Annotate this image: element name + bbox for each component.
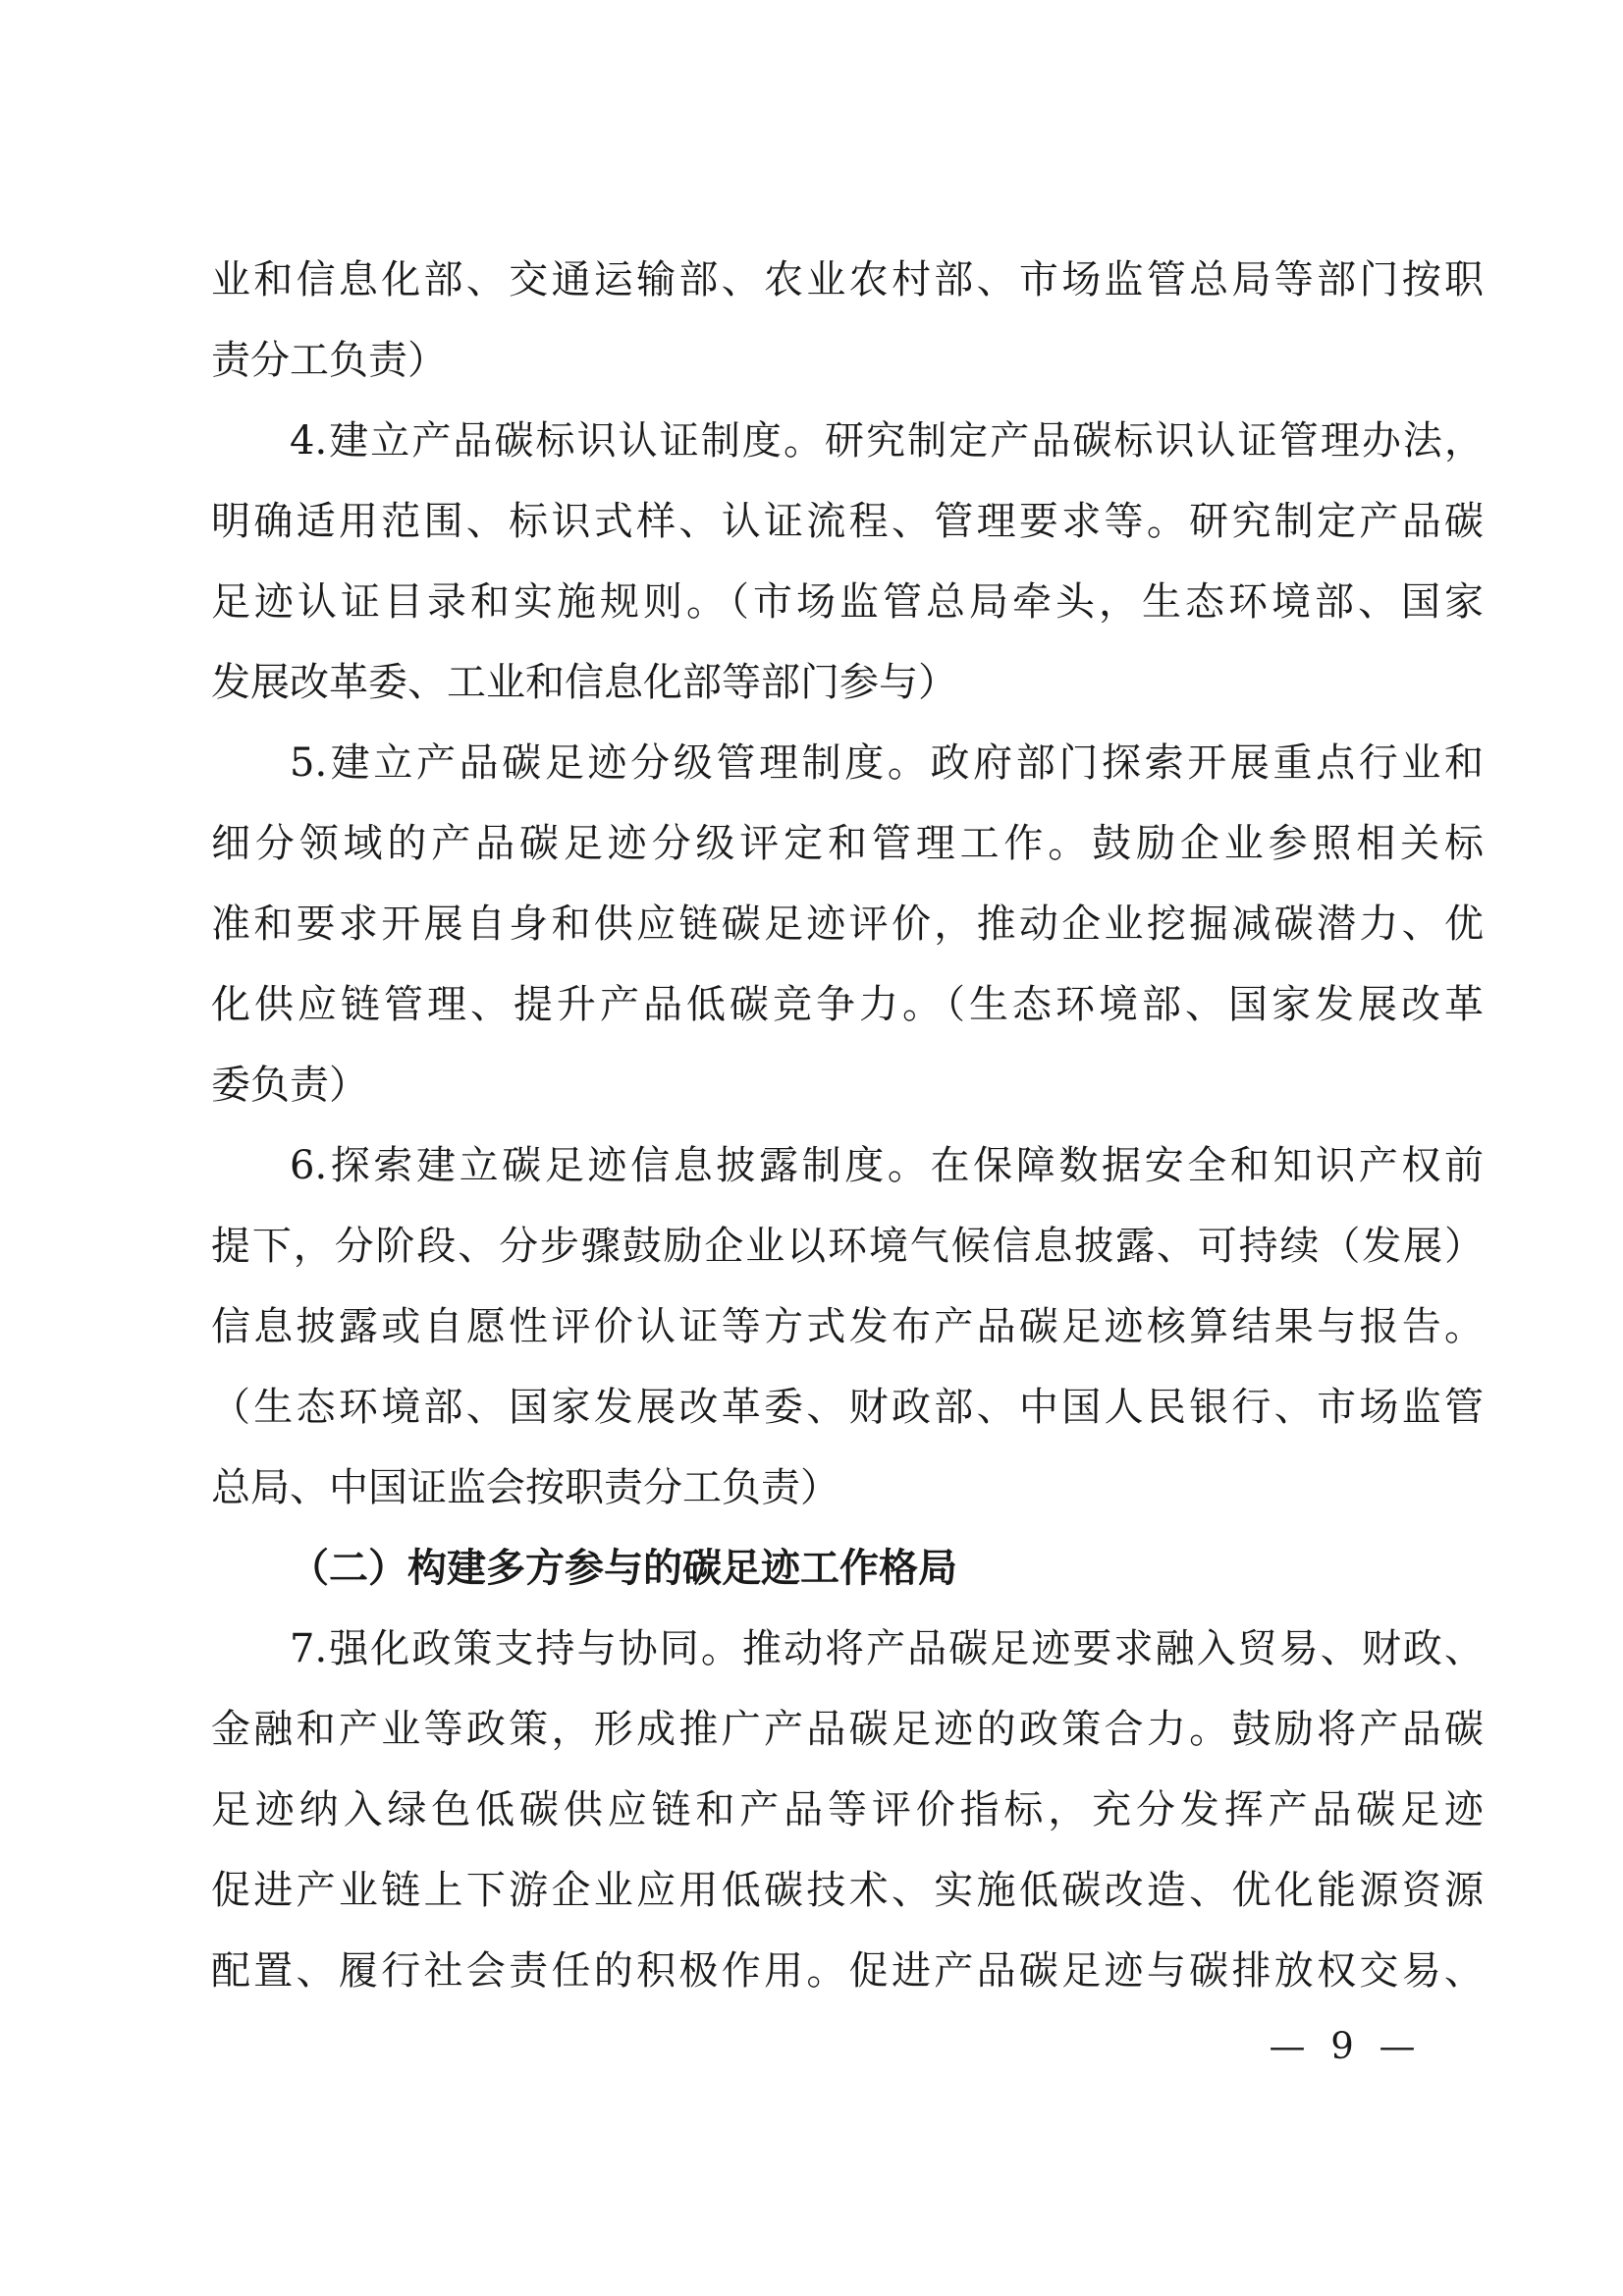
text-line: 5.建立产品碳足迹分级管理制度。政府部门探索开展重点行业和 xyxy=(211,723,1484,803)
text-line: 准和要求开展自身和供应链碳足迹评价，推动企业挖掘减碳潜力、优 xyxy=(211,884,1484,964)
text-line: 4.建立产品碳标识认证制度。研究制定产品碳标识认证管理办法， xyxy=(211,401,1484,481)
document-body: 业和信息化部、交通运输部、农业农村部、市场监管总局等部门按职责分工负责）4.建立… xyxy=(211,240,1484,2011)
text-line: 细分领域的产品碳足迹分级评定和管理工作。鼓励企业参照相关标 xyxy=(211,803,1484,884)
text-line: 明确适用范围、标识式样、认证流程、管理要求等。研究制定产品碳 xyxy=(211,481,1484,562)
text-line: 化供应链管理、提升产品低碳竞争力。（生态环境部、国家发展改革 xyxy=(211,964,1484,1045)
text-line: 金融和产业等政策，形成推广产品碳足迹的政策合力。鼓励将产品碳 xyxy=(211,1689,1484,1770)
text-line: 足迹纳入绿色低碳供应链和产品等评价指标，充分发挥产品碳足迹 xyxy=(211,1770,1484,1850)
text-line: 委负责） xyxy=(211,1045,1484,1125)
text-line: 配置、履行社会责任的积极作用。促进产品碳足迹与碳排放权交易、 xyxy=(211,1931,1484,2011)
text-line: 信息披露或自愿性评价认证等方式发布产品碳足迹核算结果与报告。 xyxy=(211,1286,1484,1367)
text-line: 提下，分阶段、分步骤鼓励企业以环境气候信息披露、可持续（发展） xyxy=(211,1206,1484,1286)
text-line: （生态环境部、国家发展改革委、财政部、中国人民银行、市场监管 xyxy=(211,1367,1484,1448)
text-line: 足迹认证目录和实施规则。（市场监管总局牵头，生态环境部、国家 xyxy=(211,562,1484,642)
document-page: 业和信息化部、交通运输部、农业农村部、市场监管总局等部门按职责分工负责）4.建立… xyxy=(0,0,1623,2296)
section-heading: （二）构建多方参与的碳足迹工作格局 xyxy=(211,1528,1484,1609)
text-line: 总局、中国证监会按职责分工负责） xyxy=(211,1448,1484,1528)
text-line: 业和信息化部、交通运输部、农业农村部、市场监管总局等部门按职 xyxy=(211,240,1484,320)
text-line: 7.强化政策支持与协同。推动将产品碳足迹要求融入贸易、财政、 xyxy=(211,1609,1484,1689)
text-line: 发展改革委、工业和信息化部等部门参与） xyxy=(211,642,1484,723)
text-line: 6.探索建立碳足迹信息披露制度。在保障数据安全和知识产权前 xyxy=(211,1125,1484,1206)
page-number: — 9 — xyxy=(1261,2025,1424,2068)
text-line: 责分工负责） xyxy=(211,320,1484,401)
text-line: 促进产业链上下游企业应用低碳技术、实施低碳改造、优化能源资源 xyxy=(211,1850,1484,1931)
